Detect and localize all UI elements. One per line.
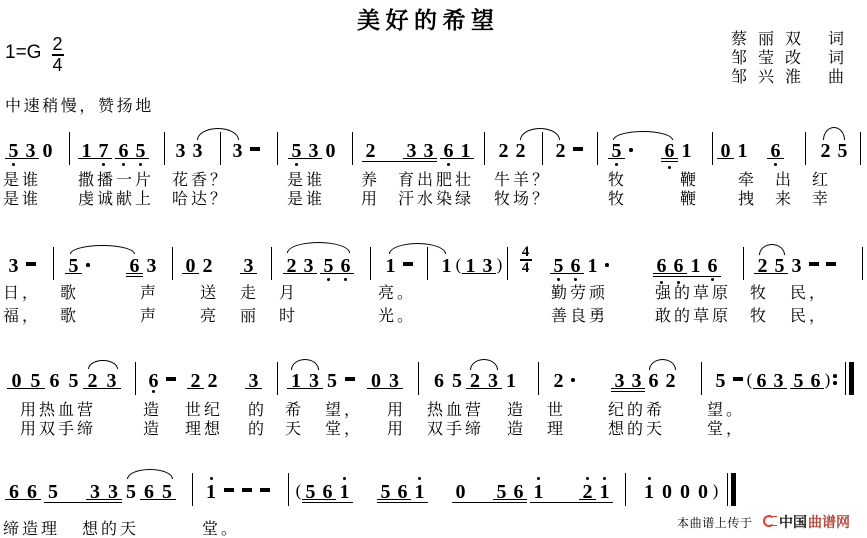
spacer [751, 140, 767, 157]
underline-group: 05 [7, 370, 45, 389]
time-signature-top: 2 [52, 36, 62, 53]
sheet-music-page: 美好的希望 1=G 2 4 中速稍慢，赞扬地 蔡丽双 词 邹莹改 词 邹兴淮 曲… [0, 0, 867, 538]
note: 2 [495, 140, 512, 157]
barline [370, 247, 371, 280]
lyric: 的 [248, 402, 267, 420]
lyric: 汗水染绿 [398, 191, 474, 209]
note: 3 [788, 255, 805, 272]
barline [172, 247, 173, 280]
underline-group: 561 [302, 481, 353, 503]
measure: 5(6356) [712, 370, 839, 389]
note: 1 [462, 255, 479, 272]
tempo-marking: 中速稍慢，赞扬地 [5, 93, 154, 116]
logo-lines-icon [773, 516, 777, 526]
spacer [179, 370, 187, 387]
augmentation-dot [82, 255, 94, 272]
underline-group: 6 [767, 140, 784, 159]
measure: 563 [65, 255, 160, 277]
measure: 561 [608, 140, 695, 162]
lyric: 亮。 [378, 285, 416, 303]
lyric: 牛羊？ [494, 172, 551, 190]
underline-group: 2 [187, 370, 204, 389]
note: 6 [5, 481, 23, 498]
spacer [428, 481, 452, 498]
lyric: 歌 [60, 285, 79, 303]
note: 0 [7, 370, 26, 387]
note: 5 [448, 370, 466, 387]
note: 3 [770, 370, 787, 387]
underline-group: 121 [530, 481, 613, 503]
note: 0 [367, 370, 385, 387]
underline-group: 561 [377, 481, 428, 503]
lyric: 虔诚献上 [78, 191, 154, 209]
barline [860, 132, 861, 165]
lyric: 用 [387, 402, 406, 420]
slur [389, 243, 446, 254]
underline-group: 33 [86, 481, 122, 500]
augmentation-dot [601, 255, 613, 272]
underline-group: 66 [5, 481, 41, 500]
lyric: 世 [547, 402, 566, 420]
note: 5 [771, 255, 788, 272]
lyric: 希 [285, 402, 304, 420]
lyric: 花香？ [172, 172, 229, 190]
dash-extension [256, 481, 274, 498]
note: 5 [323, 370, 341, 387]
note: 5 [834, 140, 851, 157]
note: 0 [452, 481, 469, 498]
lyric: 用 [361, 191, 380, 209]
note: 3 [385, 370, 403, 387]
end-repeat-barline-thin [845, 362, 846, 395]
dash-extension [22, 255, 39, 272]
dash-extension [238, 481, 256, 498]
note: 2 [283, 255, 300, 272]
parenthesis: ) [712, 481, 719, 498]
note: 1 [734, 140, 751, 157]
note: 3 [479, 255, 496, 272]
note: 3 [229, 140, 246, 157]
note: 1 [457, 140, 474, 157]
lyric: 是谁 [3, 191, 41, 209]
note: 0 [39, 140, 56, 157]
measure: 253 [754, 255, 839, 274]
note: 3 [611, 370, 628, 387]
measure: 3 [5, 255, 39, 272]
lyric: 是谁 [287, 191, 325, 209]
note: 2 [579, 481, 596, 498]
lyric: 世纪 [185, 402, 223, 420]
barline [805, 132, 806, 165]
lyric: 造 [143, 402, 162, 420]
lyric: 用热血营 [20, 402, 96, 420]
time-signature-top: 4 [522, 246, 530, 258]
note: 3 [628, 370, 645, 387]
underline-group: 0 [717, 140, 734, 159]
lyric: 是谁 [3, 172, 41, 190]
barline [484, 132, 485, 165]
lyric: 民， [790, 308, 828, 326]
note: 0 [676, 481, 694, 498]
slur [759, 244, 785, 255]
underline-group: 5 [65, 255, 82, 274]
underline-group: 23 [283, 255, 317, 274]
note: 3 [102, 370, 121, 387]
lyric: 牵 [738, 172, 757, 190]
lyric: 出 [775, 172, 794, 190]
measure: 6223 [145, 370, 262, 389]
note: 5 [122, 481, 140, 498]
barline [625, 473, 626, 506]
measure: 66533565 [5, 481, 176, 503]
measure: 1000) [640, 481, 719, 498]
lyric: 牧 [608, 191, 627, 209]
note: 5 [790, 370, 807, 387]
measure: 33 [172, 140, 206, 157]
note: 6 [661, 140, 678, 157]
note: 6 [767, 140, 784, 157]
site-name-red: 曲谱网 [808, 512, 850, 532]
slur [613, 131, 673, 140]
barline [277, 132, 278, 165]
note: 2 [83, 370, 102, 387]
note: 2 [550, 370, 567, 387]
underline-group: 5 [608, 140, 625, 159]
lyric: 想的天 [82, 521, 139, 538]
measure: 016 [717, 140, 784, 159]
lyric: 月 [279, 285, 298, 303]
lyric: 牧 [750, 285, 769, 303]
barline [352, 132, 353, 165]
note: 5 [550, 255, 567, 272]
note: 3 [240, 255, 257, 272]
measure: 1765 [78, 140, 149, 159]
barline [192, 473, 193, 506]
note: 6 [45, 370, 64, 387]
note: 5 [712, 370, 729, 387]
note: 6 [126, 255, 143, 272]
credit-name: 邹兴淮 [731, 64, 812, 87]
underline-group: 2 [579, 481, 596, 500]
underline-group: 056 [452, 481, 527, 503]
dash-extension [246, 140, 263, 157]
barline [538, 362, 539, 395]
note: 0 [182, 255, 199, 272]
note: 1 [530, 481, 547, 498]
note: 6 [807, 370, 824, 387]
spacer [579, 370, 611, 387]
measure: 22 [495, 140, 529, 157]
lyric: 育出肥壮 [398, 172, 474, 190]
spacer [216, 255, 240, 272]
note: 1 [382, 255, 399, 272]
lyric: 鞭 [680, 191, 699, 209]
slur [520, 128, 560, 140]
note: 2 [552, 140, 569, 157]
lyric: 声 [140, 308, 159, 326]
slur [649, 359, 676, 370]
slur [823, 127, 845, 140]
note: 0 [717, 140, 734, 157]
lyric: 丽 [240, 308, 259, 326]
note: 3 [86, 481, 104, 498]
measure: 2356 [283, 255, 354, 274]
measure: 23362 [550, 370, 679, 392]
lyric: 养 [361, 172, 380, 190]
note: 6 [510, 481, 527, 498]
slur [127, 469, 173, 479]
final-barline-thick [731, 473, 736, 506]
lyric: 牧 [750, 308, 769, 326]
final-barline-thin [727, 473, 728, 506]
lyric: 望， [325, 402, 363, 420]
lyric: 的 [248, 421, 267, 439]
lyric: 光。 [378, 308, 416, 326]
lyric: 幸 [812, 191, 831, 209]
note: 6 [394, 481, 411, 498]
barline [418, 362, 419, 395]
note: 2 [466, 370, 484, 387]
lyric: 堂， [325, 421, 363, 439]
note: 0 [658, 481, 676, 498]
time-signature-bottom: 4 [522, 262, 530, 274]
note: 3 [22, 140, 39, 157]
lyric: 哈达？ [172, 191, 229, 209]
slur [70, 245, 135, 254]
underline-group: 25 [754, 255, 788, 274]
spacer [221, 370, 245, 387]
note: 3 [300, 255, 317, 272]
note: 6 [23, 481, 41, 498]
parenthesis: ) [496, 255, 503, 272]
note: 3 [305, 140, 322, 157]
note: 6 [430, 370, 448, 387]
site-name-dark: 中国 [779, 512, 807, 532]
underline-group: 23 [466, 370, 502, 389]
underline-group: 66 [653, 255, 687, 274]
barline [53, 247, 54, 280]
note: 0 [322, 140, 339, 157]
slur [291, 359, 319, 370]
lyric: 民， [790, 285, 828, 303]
underline-group: 13 [287, 370, 323, 389]
song-title: 美好的希望 [357, 2, 500, 35]
underline-group: 6616 [653, 255, 721, 277]
note: 5 [26, 370, 45, 387]
note: 7 [95, 140, 112, 157]
end-repeat-barline-thick [849, 362, 854, 395]
underline-group: 65 [115, 140, 149, 159]
note: 2 [817, 140, 834, 157]
note: 1 [78, 140, 95, 157]
barline [164, 132, 165, 165]
lyric: 送 [200, 285, 219, 303]
measure: 1 [202, 481, 274, 498]
note: 5 [5, 140, 22, 157]
note: 3 [172, 140, 189, 157]
slur [287, 242, 350, 253]
barline [743, 247, 744, 280]
underline-group: 56 [377, 481, 411, 500]
measure: 1(13) [438, 255, 503, 274]
note: 5 [158, 481, 176, 498]
lyric: 强的草原 [655, 285, 731, 303]
note: 5 [132, 140, 149, 157]
note: 1 [678, 140, 695, 157]
lyric: 想的天 [608, 421, 665, 439]
note: 6 [337, 255, 354, 272]
underline-group: 53 [288, 140, 322, 159]
note: 5 [608, 140, 625, 157]
note: 6 [319, 481, 336, 498]
augmentation-dot [625, 140, 637, 157]
lyric: 福， [3, 308, 41, 326]
lyric: 堂。 [202, 521, 240, 538]
lyric: 牧 [608, 172, 627, 190]
note: 3 [484, 370, 502, 387]
measure: 25 [817, 140, 851, 157]
barline [288, 473, 289, 506]
upload-note: 本曲谱上传于 [677, 514, 753, 531]
spacer [62, 481, 86, 498]
underline-group: 56 [320, 255, 354, 274]
note: 3 [305, 370, 323, 387]
lyric: 勤劳顽 [551, 285, 608, 303]
parenthesis: ( [295, 481, 302, 498]
barline [69, 132, 70, 165]
lyric: 用 [387, 421, 406, 439]
note: 6 [653, 255, 670, 272]
underline-group: 3 [245, 370, 262, 389]
note: 1 [287, 370, 305, 387]
slur [197, 128, 239, 140]
underline-group: 233 [362, 140, 437, 162]
lyric: 歌 [60, 308, 79, 326]
repeat-dots [831, 370, 839, 387]
lyric: 敢的草原 [655, 308, 731, 326]
note: 6 [145, 370, 162, 387]
barline [597, 132, 598, 165]
measure: 023 [182, 255, 257, 274]
lyric: 声 [140, 285, 159, 303]
dash-extension [569, 140, 586, 157]
note: 0 [694, 481, 712, 498]
time-signature: 2 4 [51, 36, 64, 74]
parenthesis: ( [455, 255, 462, 272]
underline-group: 6 [661, 140, 678, 162]
barline [712, 132, 713, 165]
lyric: 用双手缔 [20, 421, 96, 439]
underline-group: 33 [611, 370, 645, 389]
lyric: 热血营 [427, 402, 484, 420]
underline-group: 0 [182, 255, 199, 274]
spacer [469, 481, 493, 498]
lyric: 时 [279, 308, 298, 326]
note: 6 [704, 255, 721, 272]
note: 5 [377, 481, 394, 498]
measure: 5616616 [550, 255, 721, 277]
underline-group: 56 [302, 481, 336, 500]
dash-extension [341, 370, 359, 387]
note: 1 [640, 481, 658, 498]
barline [135, 362, 136, 395]
barline [277, 362, 278, 395]
slur [470, 359, 498, 370]
note: 6 [670, 255, 687, 272]
note: 2 [187, 370, 204, 387]
underline-group: 3 [240, 255, 257, 274]
lyric: 撒播一片 [78, 172, 154, 190]
dash-extension [805, 255, 822, 272]
underline-group: 13 [462, 255, 496, 274]
barline [507, 247, 508, 280]
note: 5 [64, 370, 83, 387]
note: 2 [662, 370, 679, 387]
note: 5 [302, 481, 319, 498]
note: 6 [115, 140, 132, 157]
note: 5 [320, 255, 337, 272]
note: 3 [143, 255, 160, 272]
augmentation-dot [567, 370, 579, 387]
underline-group: 6 [126, 255, 143, 277]
underline-group: 6 [126, 255, 143, 274]
measure: 056523 [7, 370, 121, 389]
underline-group: 56 [550, 255, 584, 274]
lyric: 日， [3, 285, 41, 303]
parenthesis: ) [824, 370, 831, 387]
lyric: 造 [507, 402, 526, 420]
note: 5 [493, 481, 510, 498]
spacer [379, 140, 403, 157]
note: 2 [512, 140, 529, 157]
dash-extension [162, 370, 179, 387]
barline [862, 247, 863, 280]
note: 2 [754, 255, 771, 272]
note: 6 [567, 255, 584, 272]
time-signature-bottom: 4 [52, 57, 62, 74]
spacer [613, 255, 653, 272]
lyric: 是谁 [287, 172, 325, 190]
underline-group: 53 [5, 140, 39, 159]
lyric: 拽 [738, 191, 757, 209]
credit-role: 曲 [828, 64, 844, 87]
note: 3 [189, 140, 206, 157]
note: 3 [5, 255, 22, 272]
time-signature-change: 4 4 [519, 246, 532, 274]
measure: 1 [382, 255, 416, 272]
note: 3 [420, 140, 437, 157]
underline-group: 23 [83, 370, 121, 389]
measure: 13503 [287, 370, 403, 389]
note: 6 [440, 140, 457, 157]
note: 5 [44, 481, 62, 498]
measure: (561561056121 [295, 481, 613, 503]
note: 6 [753, 370, 770, 387]
lyric: 望。 [707, 402, 745, 420]
underline-group: 63 [753, 370, 787, 389]
note: 6 [645, 370, 662, 387]
note: 1 [202, 481, 220, 498]
underline-group: 33 [611, 370, 645, 392]
note: 5 [288, 140, 305, 157]
barline [701, 362, 702, 395]
note: 2 [204, 370, 221, 387]
lyric: 缔造理 [3, 521, 60, 538]
barline [271, 247, 272, 280]
measure: 530 [288, 140, 339, 159]
underline-group: 33 [403, 140, 437, 159]
underline-group: 56 [493, 481, 527, 500]
